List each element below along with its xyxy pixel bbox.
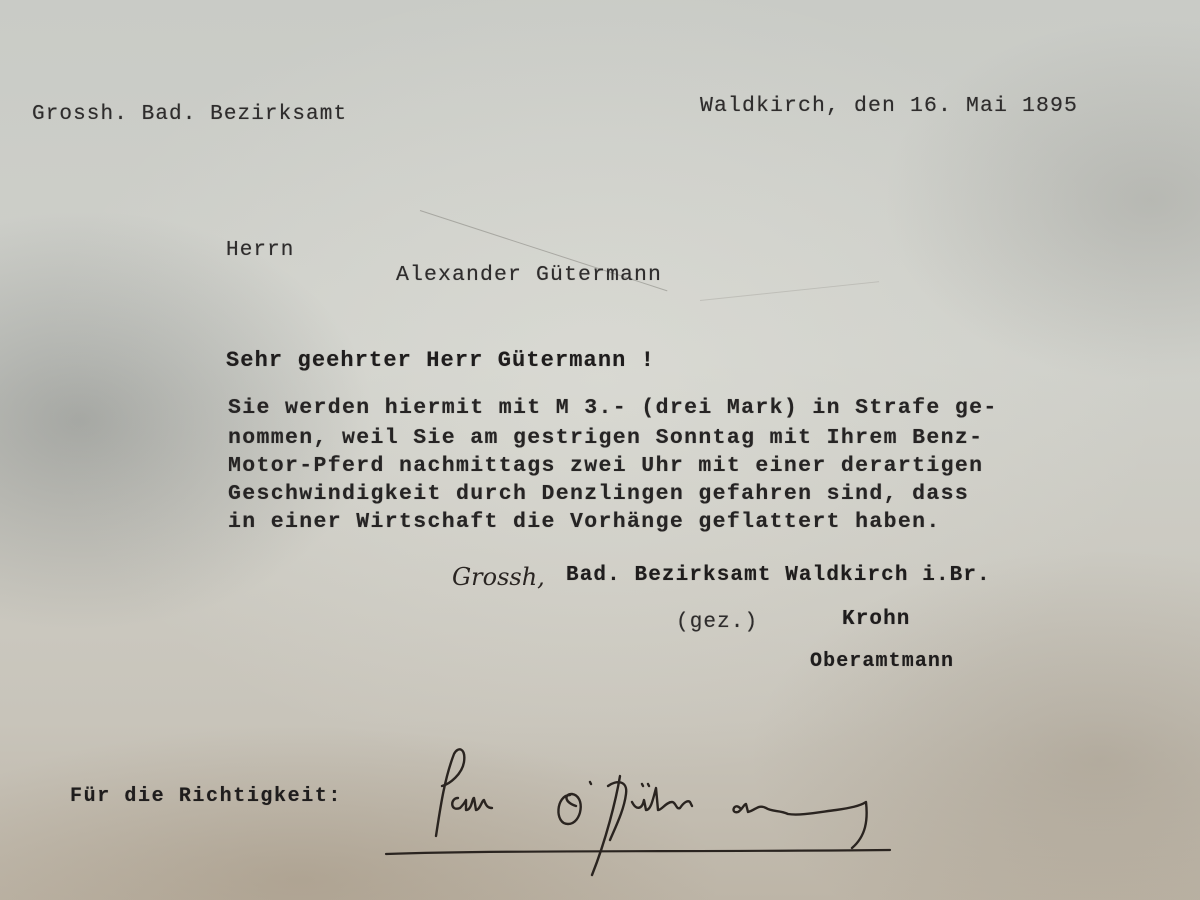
handwritten-signature <box>380 740 940 880</box>
body-line: Motor-Pferd nachmittags zwei Uhr mit ein… <box>228 454 983 478</box>
sender-header: Grossh. Bad. Bezirksamt <box>32 103 347 126</box>
certification-label: Für die Richtigkeit: <box>70 785 342 808</box>
body-line: in einer Wirtschaft die Vorhänge geflatt… <box>228 510 941 534</box>
body-line: nommen, weil Sie am gestrigen Sonntag mi… <box>228 426 983 450</box>
body-line: Geschwindigkeit durch Denzlingen gefahre… <box>228 482 969 506</box>
place-date: Waldkirch, den 16. Mai 1895 <box>700 94 1078 118</box>
handwritten-grossh: Grossh, <box>452 563 545 591</box>
body-line: Sie werden hiermit mit M 3.- (drei Mark)… <box>228 396 998 420</box>
paper-crease <box>700 281 879 301</box>
recipient-name: Alexander Gütermann <box>396 263 662 287</box>
signed-marker: (gez.) <box>676 611 758 634</box>
recipient-title: Herrn <box>226 239 295 262</box>
closing-office: Bad. Bezirksamt Waldkirch i.Br. <box>566 564 991 587</box>
signer-title: Oberamtmann <box>810 650 954 673</box>
signer-name: Krohn <box>842 608 911 631</box>
greeting: Sehr geehrter Herr Gütermann ! <box>226 348 655 373</box>
